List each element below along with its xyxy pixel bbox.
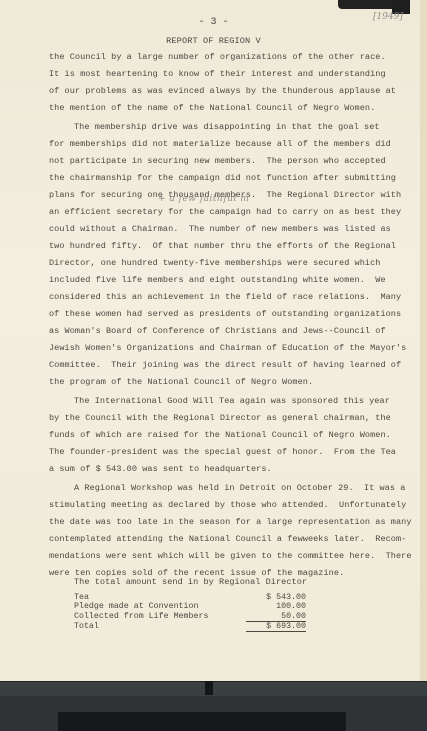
text-line: considered this an achievement in the fi… (49, 292, 401, 302)
text-line: mendations were sent which will be given… (49, 551, 412, 561)
text-line: Jewish Women's Organizations and Chairma… (49, 343, 406, 353)
text-line: as Woman's Board of Conference of Christ… (49, 326, 386, 336)
totals-row-total: Total $ 693.00 (74, 622, 306, 632)
row-amount: $ 543.00 (246, 593, 306, 602)
text-line: The founder-president was the special gu… (49, 447, 396, 457)
text-line: included five life members and eight out… (49, 275, 386, 285)
totals-row-tea: Tea $ 543.00 (74, 593, 306, 602)
row-amount: 100.00 (246, 602, 306, 611)
handwritten-insert: + a few faithful m (158, 194, 249, 204)
text-line: the mention of the name of the National … (49, 103, 375, 113)
row-label: Total (74, 622, 99, 632)
row-label: Tea (74, 593, 89, 602)
row-amount: 50.00 (246, 612, 306, 622)
text-line: Committee. Their joining was the direct … (49, 360, 401, 370)
text-line: a sum of $ 543.00 was sent to headquarte… (49, 464, 272, 474)
scanner-bed-edge (0, 681, 427, 696)
page-edge (420, 0, 427, 681)
text-line: the chairmanship for the campaign did no… (49, 173, 396, 183)
text-line: Director, one hundred twenty-five member… (49, 258, 380, 268)
text-line: for memberships did not materialize beca… (49, 139, 391, 149)
totals-row-life-members: Collected from Life Members 50.00 (74, 612, 306, 622)
text-line: The International Good Will Tea again wa… (74, 396, 390, 406)
document-page: [1949] - 3 - REPORT OF REGION V the Coun… (0, 0, 424, 681)
scanner-bed-gap (205, 681, 213, 695)
text-line: It is most heartening to know of their i… (49, 69, 386, 79)
text-line: an efficient secretary for the campaign … (49, 207, 401, 217)
text-line: by the Council with the Regional Directo… (49, 413, 391, 423)
text-line: two hundred fifty. Of that number thru t… (49, 241, 396, 251)
text-line: The total amount send in by Regional Dir… (74, 577, 307, 587)
totals-row-pledge: Pledge made at Convention 100.00 (74, 602, 306, 611)
text-line: The membership drive was disappointing i… (74, 122, 380, 132)
text-line: contemplated attending the National Coun… (49, 534, 406, 544)
page-number: - 3 - (0, 17, 427, 28)
report-title: REPORT OF REGION V (0, 36, 427, 46)
text-line: of our problems as was evinced always by… (49, 86, 396, 96)
text-line: funds of which are raised for the Nation… (49, 430, 391, 440)
text-line: could without a Chairman. The number of … (49, 224, 391, 234)
text-line: the date was too late in the season for … (49, 517, 412, 527)
row-label: Collected from Life Members (74, 612, 208, 622)
text-line: of these women had served as presidents … (49, 309, 401, 319)
text-line: stimulating meeting as declared by those… (49, 500, 406, 510)
text-line: A Regional Workshop was held in Detroit … (74, 483, 405, 493)
text-line: not participate in securing new members.… (49, 156, 386, 166)
row-amount: $ 693.00 (246, 622, 306, 632)
text-line: the program of the National Council of N… (49, 377, 313, 387)
row-label: Pledge made at Convention (74, 602, 198, 611)
totals-table: Tea $ 543.00 Pledge made at Convention 1… (74, 593, 306, 632)
text-line: the Council by a large number of organiz… (49, 52, 386, 62)
scanner-bed-window (58, 712, 346, 731)
